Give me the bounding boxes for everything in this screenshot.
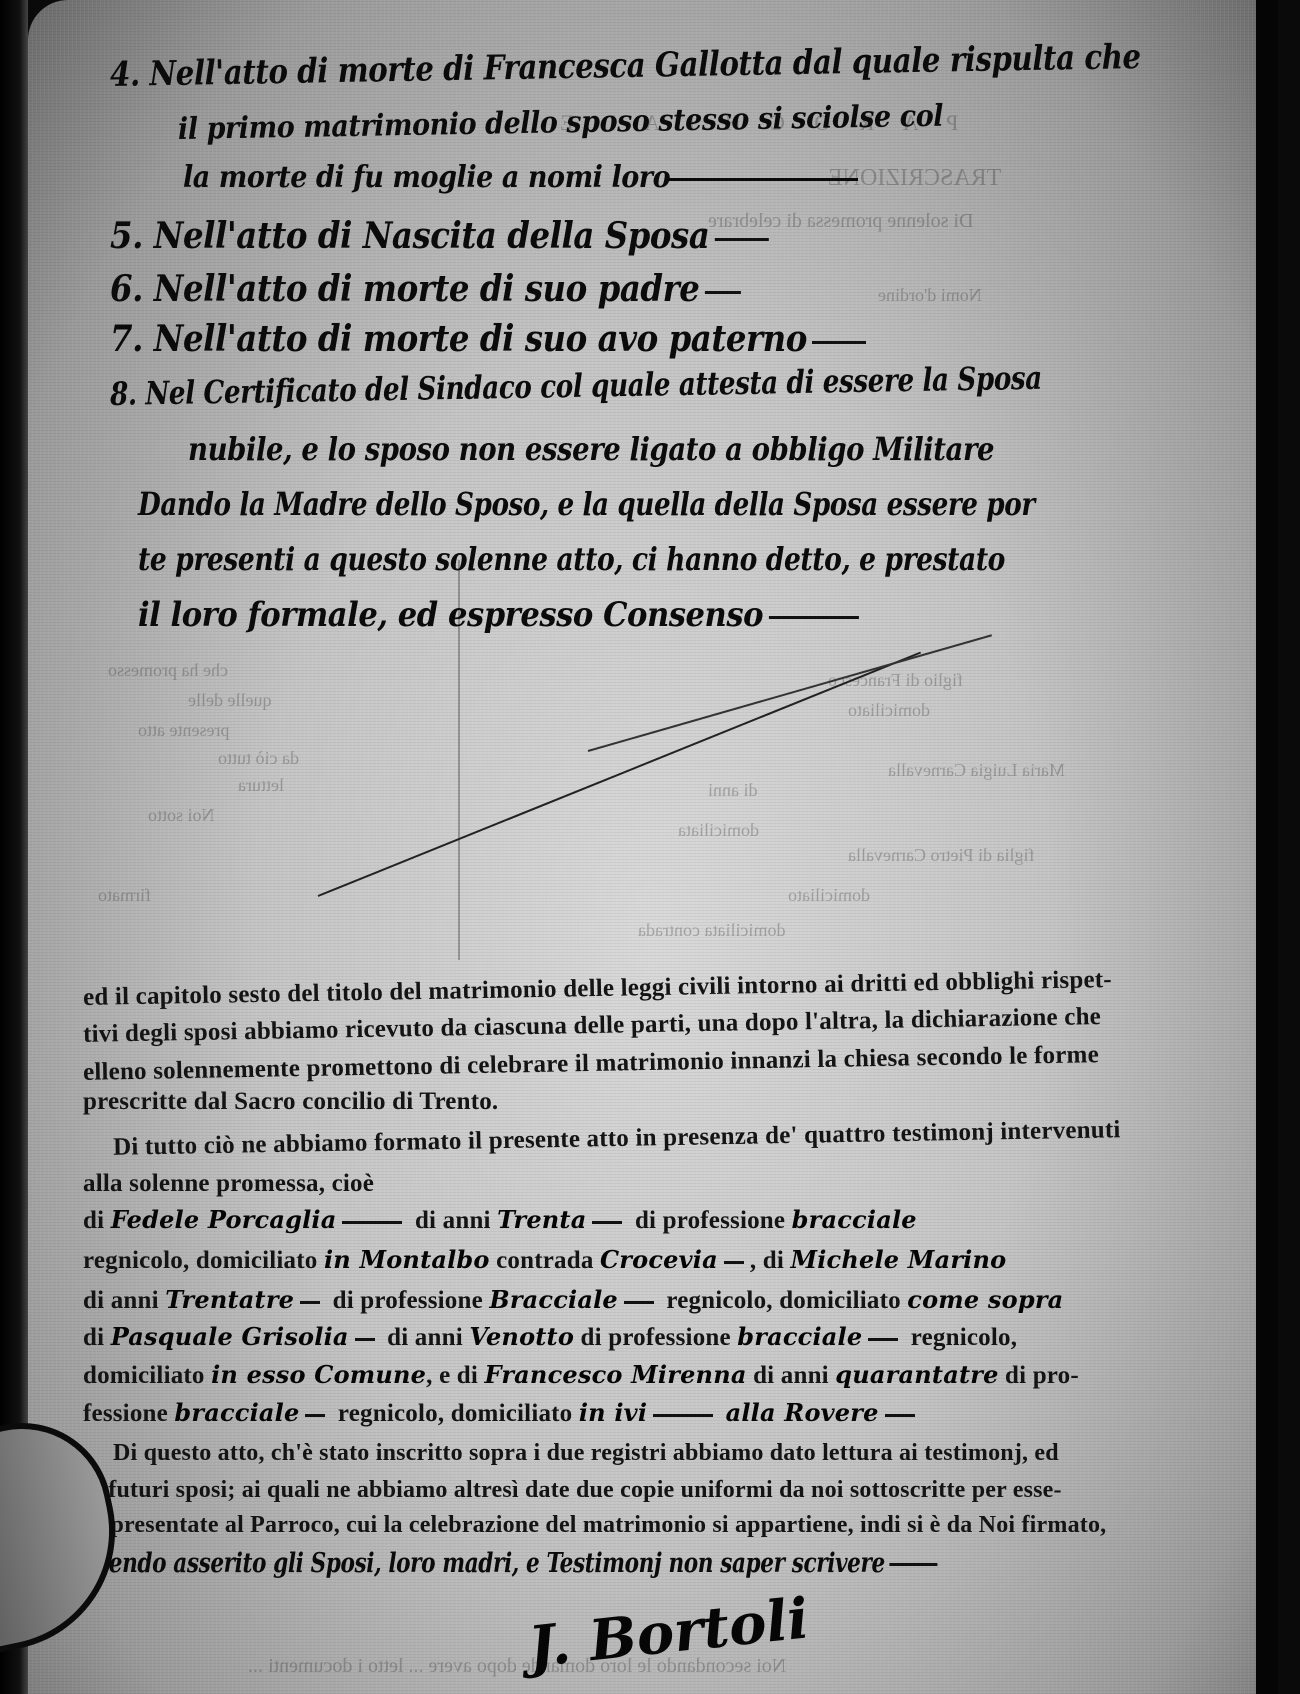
bleed-right-2: domiciliato bbox=[848, 700, 930, 721]
bleed-left-7: firmato bbox=[98, 885, 151, 906]
witness-line-3: di anni Trentatre di professione Braccia… bbox=[83, 1285, 1063, 1315]
witness-1-profession: bracciale bbox=[792, 1205, 917, 1234]
bleed-left-5: lettura bbox=[238, 775, 284, 796]
witness-1-name: Fedele Porcaglia bbox=[111, 1205, 337, 1234]
witness-2-profession: Bracciale bbox=[489, 1285, 618, 1314]
witness-3-domicile: in esso Comune bbox=[211, 1360, 426, 1389]
witness-3-name: Pasquale Grisolia bbox=[111, 1322, 349, 1351]
witness-1-age: Trenta bbox=[497, 1205, 586, 1234]
body-line-6: alla solenne promessa, cioè bbox=[83, 1170, 374, 1198]
bleed-header-4: Nomi d'ordine bbox=[878, 285, 982, 306]
note-8-line-3: Dando la Madre dello Sposo, e la quella … bbox=[138, 485, 1035, 523]
note-4-line-3: la morte di fu moglie a nomi loro bbox=[183, 160, 670, 195]
body-line-3: elleno solennemente promettono di celebr… bbox=[83, 1041, 1099, 1087]
note-7: 7. Nell'atto di morte di suo avo paterno bbox=[110, 318, 872, 360]
body-line-2: tivi degli sposi abbiamo ricevuto da cia… bbox=[83, 1003, 1101, 1049]
closing-line-1: Di questo atto, ch'è stato inscritto sop… bbox=[113, 1440, 1059, 1467]
bleed-right-3: Maria Luigia Carnevalla bbox=[888, 760, 1065, 781]
witness-2-age: Trentatre bbox=[165, 1285, 294, 1314]
bleed-left-3: presente atto bbox=[138, 720, 229, 741]
cancellation-stroke bbox=[318, 652, 921, 897]
note-8-line-2: nubile, e lo sposo non essere ligato a o… bbox=[188, 430, 994, 468]
witness-3-age: Venotto bbox=[469, 1322, 574, 1351]
note-8-line-1: 8. Nel Certificato del Sindaco col quale… bbox=[110, 359, 1042, 413]
body-line-4: prescritte dal Sacro concilio di Trento. bbox=[83, 1088, 498, 1116]
witness-3-profession: bracciale bbox=[737, 1322, 862, 1351]
closing-line-3: re presentate al Parroco, cui la celebra… bbox=[83, 1512, 1106, 1539]
document-page: P A R O C H I A L E TRASCRIZIONE Di sole… bbox=[28, 0, 1278, 1694]
bleed-left-2: quelle delle bbox=[188, 690, 271, 711]
note-5: 5. Nell'atto di Nascita della Sposa bbox=[110, 215, 774, 257]
witness-4-name: Francesco Mirenna bbox=[485, 1360, 747, 1389]
note-8-line-5: il loro formale, ed espresso Consenso bbox=[138, 595, 864, 635]
note-6: 6. Nell'atto di morte di suo padre bbox=[110, 268, 746, 310]
note-8-line-4: te presenti a questo solenne atto, ci ha… bbox=[138, 540, 1005, 578]
witness-line-6: fessione bracciale regnicolo, domiciliat… bbox=[83, 1398, 921, 1428]
bleed-right-5: domiciliata bbox=[678, 820, 759, 841]
witness-4-domicile: in ivi bbox=[579, 1398, 647, 1427]
witness-4-street: alla Rovere bbox=[726, 1398, 879, 1427]
closing-handwritten-addendum: avendo asserito gli Sposi, loro madri, e… bbox=[83, 1548, 942, 1579]
closing-line-2: ai futuri sposi; ai quali ne abbiamo alt… bbox=[83, 1477, 1062, 1504]
note-4-line-1: 4. Nell'atto di morte di Francesca Gallo… bbox=[110, 37, 1141, 95]
witness-4-age: quarantatre bbox=[835, 1360, 998, 1389]
witness-1-street: Crocevia bbox=[600, 1245, 718, 1274]
bleed-left-6: Noi sotto bbox=[148, 805, 215, 826]
cancellation-stroke-2 bbox=[588, 634, 992, 752]
bleed-right-4: di anni bbox=[708, 780, 758, 801]
witness-line-4: di Pasquale Grisolia di anni Venotto di … bbox=[83, 1322, 1017, 1352]
line-fill-stroke bbox=[668, 178, 858, 181]
witness-4-profession: bracciale bbox=[174, 1398, 299, 1427]
witness-2-domicile: come sopra bbox=[907, 1285, 1063, 1314]
witness-line-2: regnicolo, domiciliato in Montalbo contr… bbox=[83, 1245, 1006, 1275]
witness-2-name: Michele Marino bbox=[790, 1245, 1006, 1274]
bleed-left-1: che ha promesso bbox=[108, 660, 228, 681]
witness-line-5: domiciliato in esso Comune, e di Frances… bbox=[83, 1360, 1079, 1390]
bleed-right-7: domiciliato bbox=[788, 885, 870, 906]
bleed-left-4: da ciò tutto bbox=[218, 748, 299, 769]
note-4-line-2: il primo matrimonio dello sposo stesso s… bbox=[178, 99, 944, 147]
bleed-right-8: domiciliata contrada bbox=[638, 920, 785, 941]
body-line-5: Di tutto ciò ne abbiamo formato il prese… bbox=[113, 1116, 1121, 1162]
witness-line-1: di Fedele Porcaglia di anni Trenta di pr… bbox=[83, 1205, 917, 1235]
bleed-right-6: figlia di Pietro Carnevalla bbox=[848, 845, 1034, 866]
scan-right-edge bbox=[1256, 0, 1278, 1694]
witness-1-domicile: in Montalbo bbox=[324, 1245, 490, 1274]
